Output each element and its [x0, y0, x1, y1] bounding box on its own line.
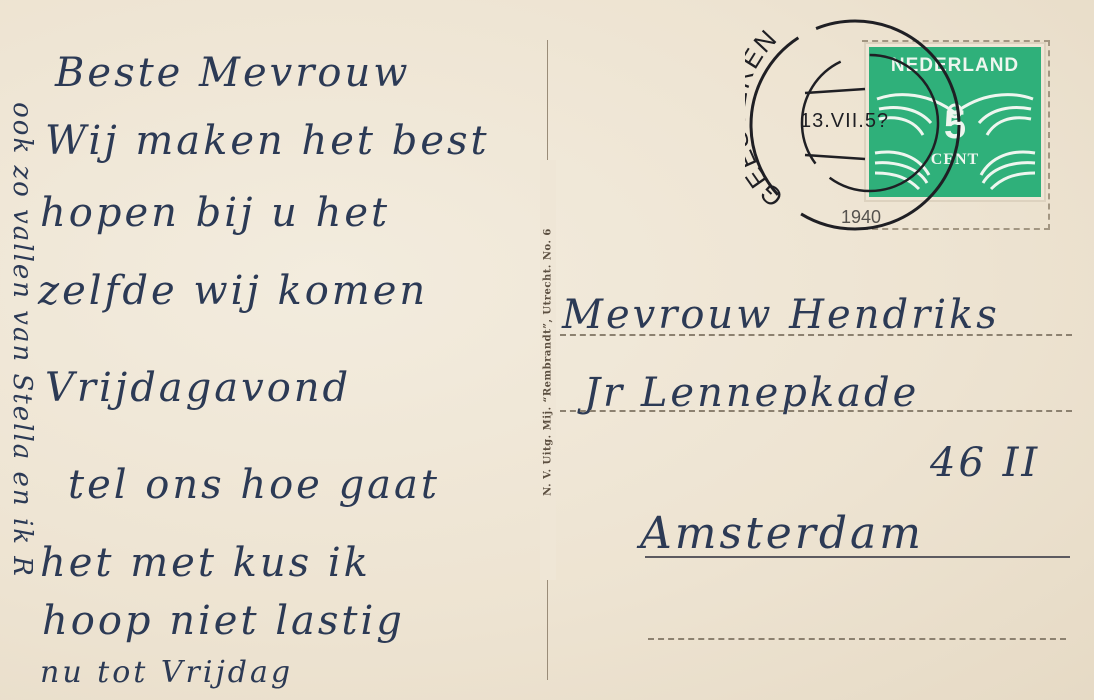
postcard-back: ook zo vallen van Stella en ik R Beste M… [0, 0, 1094, 700]
address-rule-1 [560, 334, 1072, 336]
address-underline [645, 556, 1070, 558]
address-line-city: Amsterdam [640, 508, 924, 559]
message-line-4: zelfde wij komen [38, 268, 428, 314]
address-line-number: 46 II [930, 440, 1040, 486]
message-line-3: hopen bij u het [40, 190, 390, 236]
message-line-5: Vrijdagavond [45, 365, 351, 411]
postmark-date: 13.VII.5? [800, 110, 889, 133]
address-rule-2 [560, 410, 1072, 412]
printer-imprint: N. V. Uitg. Mij. “Rembrandt”, Utrecht. N… [543, 228, 554, 496]
address-rule-4 [648, 638, 1066, 640]
address-line-name: Mevrouw Hendriks [562, 292, 1000, 338]
message-line-6: tel ons hoe gaat [68, 462, 440, 508]
message-line-8: hoop niet lastig [42, 598, 405, 644]
message-line-1: Beste Mevrouw [55, 50, 410, 96]
postmark-year: 1940 [841, 207, 881, 227]
margin-note: ook zo vallen van Stella en ik R [7, 102, 37, 578]
message-line-2: Wij maken het best [45, 118, 490, 164]
message-line-7: het met kus ik [40, 540, 371, 586]
message-line-9: nu tot Vrijdag [40, 655, 293, 690]
